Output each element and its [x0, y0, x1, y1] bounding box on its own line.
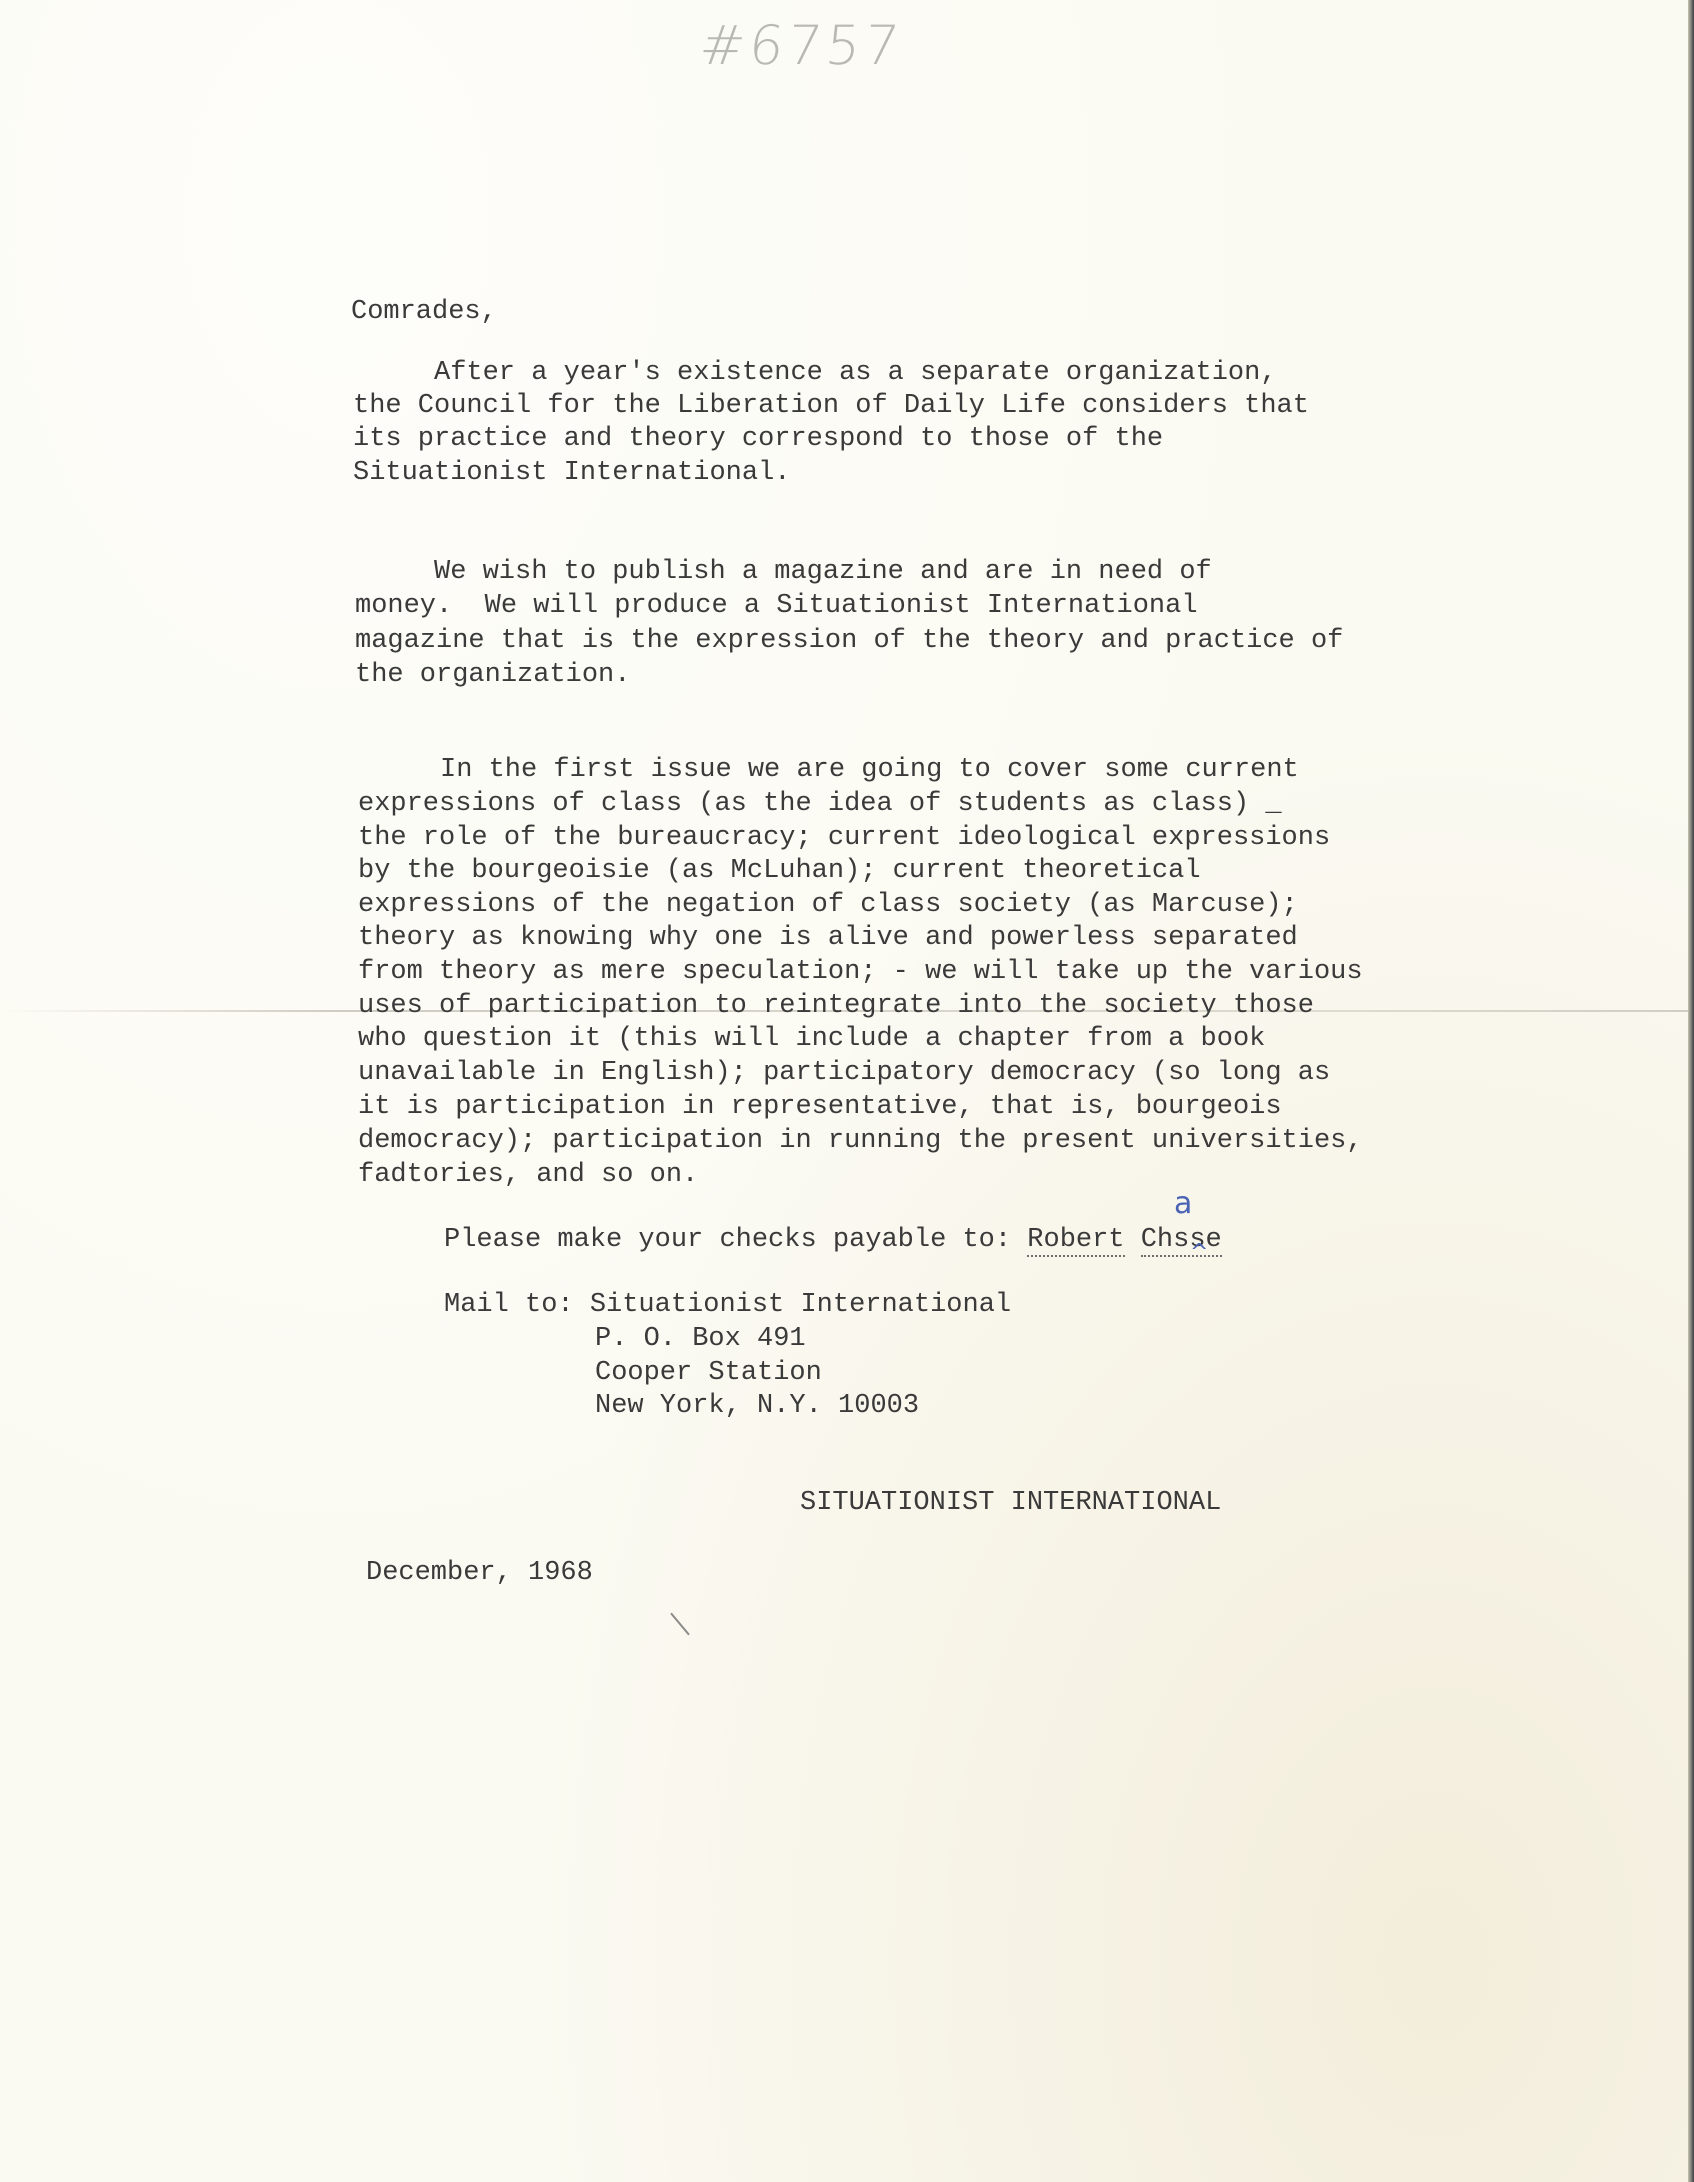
paragraph-line: theory as knowing why one is alive and p…: [358, 923, 1298, 953]
address-line: New York, N.Y. 10003: [595, 1391, 919, 1421]
paragraph-line: democracy); participation in running the…: [358, 1126, 1363, 1156]
paragraph-line: Situationist International.: [353, 458, 790, 488]
payable-label: Please make your checks payable to:: [444, 1225, 1027, 1255]
paragraph-line: In the first issue we are going to cover…: [440, 755, 1299, 785]
caret-mark-icon: ^: [1190, 1240, 1208, 1265]
payee-first-name: Robert: [1027, 1225, 1124, 1257]
paragraph-line: expressions of the negation of class soc…: [358, 890, 1298, 920]
paragraph-line: magazine that is the expression of the t…: [355, 626, 1343, 656]
mail-to-label: Mail to:: [444, 1290, 590, 1320]
paragraph-line: money. We will produce a Situationist In…: [355, 591, 1198, 621]
paragraph-line: it is participation in representative, t…: [358, 1092, 1282, 1122]
signature: SITUATIONIST INTERNATIONAL: [800, 1488, 1221, 1518]
address-line: Cooper Station: [595, 1358, 822, 1388]
paragraph-line: expressions of class (as the idea of stu…: [358, 789, 1282, 819]
paragraph-line: from theory as mere speculation; - we wi…: [358, 957, 1363, 987]
paragraph-line: by the bourgeoisie (as McLuhan); current…: [358, 856, 1201, 886]
paragraph-line: the Council for the Liberation of Daily …: [353, 391, 1309, 421]
paragraph-line: who question it (this will include a cha…: [358, 1024, 1265, 1054]
paragraph-line: the role of the bureaucracy; current ide…: [358, 823, 1330, 853]
payable-line: Please make your checks payable to: Robe…: [444, 1225, 1222, 1255]
payee-last-name: Chsse: [1141, 1225, 1222, 1257]
salutation: Comrades,: [351, 297, 497, 327]
scan-edge: [1688, 0, 1694, 2182]
paragraph-line: After a year's existence as a separate o…: [434, 358, 1277, 388]
mail-to-line: Mail to: Situationist International: [444, 1290, 1011, 1320]
letter-date: December, 1968: [366, 1558, 593, 1588]
paragraph-line: We wish to publish a magazine and are in…: [434, 557, 1212, 587]
paragraph-line: uses of participation to reintegrate int…: [358, 991, 1314, 1021]
paragraph-line: fadtories, and so on.: [358, 1160, 698, 1190]
address-line: Situationist International: [590, 1290, 1011, 1320]
paragraph-line: unavailable in English); participatory d…: [358, 1058, 1330, 1088]
paper-page: [0, 0, 1688, 2182]
archive-number: #6757: [697, 14, 906, 77]
paragraph-line: its practice and theory correspond to th…: [353, 424, 1163, 454]
handwritten-correction: a: [1174, 1186, 1192, 1221]
paragraph-line: the organization.: [355, 660, 630, 690]
address-line: P. O. Box 491: [595, 1324, 806, 1354]
